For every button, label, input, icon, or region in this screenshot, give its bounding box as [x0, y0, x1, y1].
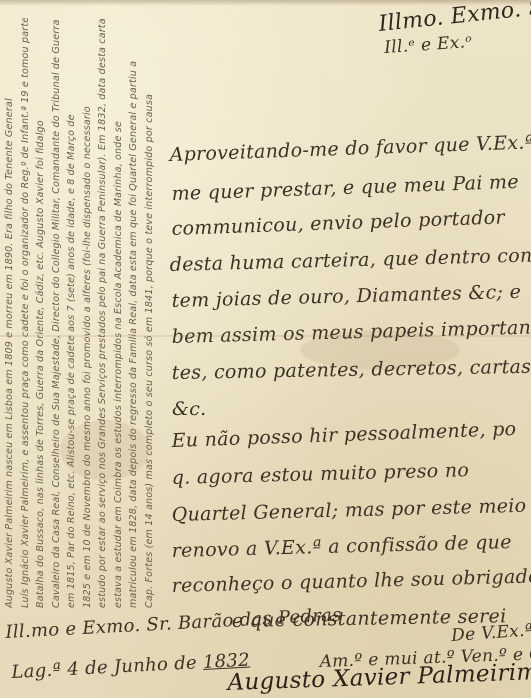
body-line: &c. — [172, 398, 207, 420]
body-line: Quartel General; mas por este meio — [171, 495, 526, 526]
letter-page: Augusto Xavier Palmeirim nasceu em Lisbo… — [0, 0, 531, 698]
margin-note-line: matriculou em 1828, data depois do regre… — [126, 18, 142, 608]
place-date-prefix: Lag.ª 4 de Junho de — [11, 652, 204, 683]
body-line: tes, como patentes, decretos, cartas — [172, 356, 531, 384]
body-line: bem assim os meus papeis importan — [171, 317, 531, 348]
body-line: reconheço o quanto lhe sou obrigado, — [171, 565, 531, 597]
margin-note-line: Batalha do Bussaco, nas linhas de Torres… — [33, 18, 49, 608]
salutation-line-1: Illmo. Exmo. Sr. — [377, 0, 531, 37]
margin-note-line: Cavaleiro da Casa Real, Conselheiro de S… — [49, 18, 65, 608]
body-line: desta huma carteira, que dentro con — [169, 245, 531, 276]
addressee-line: Ill.mo e Exmo. Sr. Barão das Pedras — [5, 604, 342, 643]
body-line: renovo a V.Ex.ª a confissão de que — [171, 531, 512, 562]
margin-note-line: estava a estudar em Coimbra os estudos i… — [111, 18, 127, 608]
salutation-line-2: Ill.ᵉ e Ex.ᵒ — [384, 32, 473, 58]
margin-annotation: Augusto Xavier Palmeirim nasceu em Lisbo… — [2, 18, 157, 608]
body-line: tem joias de ouro, Diamantes &c; e — [171, 281, 521, 312]
body-line: Aproveitando-me do favor que V.Ex.ª — [169, 131, 531, 166]
place-date: Lag.ª 4 de Junho de 1832 — [11, 650, 251, 683]
body-line: communicou, envio pelo portador — [171, 206, 505, 240]
signature: Augusto Xavier Palmeirim — [227, 659, 531, 696]
margin-note-line: Luís Ignácio Xavier Palmeirim, e assento… — [18, 18, 34, 608]
body-line: me quer prestar, e que meu Pai me — [171, 171, 519, 205]
margin-note-line: estudo por estar ao serviço nos Grandes … — [95, 18, 111, 608]
margin-note-line: Cap. Fortes (em 14 anos) mas completo o … — [142, 18, 158, 608]
body-line: Eu não posso hir pessoalmente, po — [171, 418, 516, 452]
body-line: q. agora estou muito preso no — [171, 459, 469, 489]
margin-note-line: Augusto Xavier Palmeirim nasceu em Lisbo… — [2, 18, 18, 608]
margin-note-line: em 1815, Par do Reino, etc. Alistou-se p… — [64, 18, 80, 608]
closing-line-1: De V.Ex.ª — [451, 620, 531, 646]
margin-note-line: 1825 e em 10 de Novembro do mesmo anno f… — [80, 18, 96, 608]
